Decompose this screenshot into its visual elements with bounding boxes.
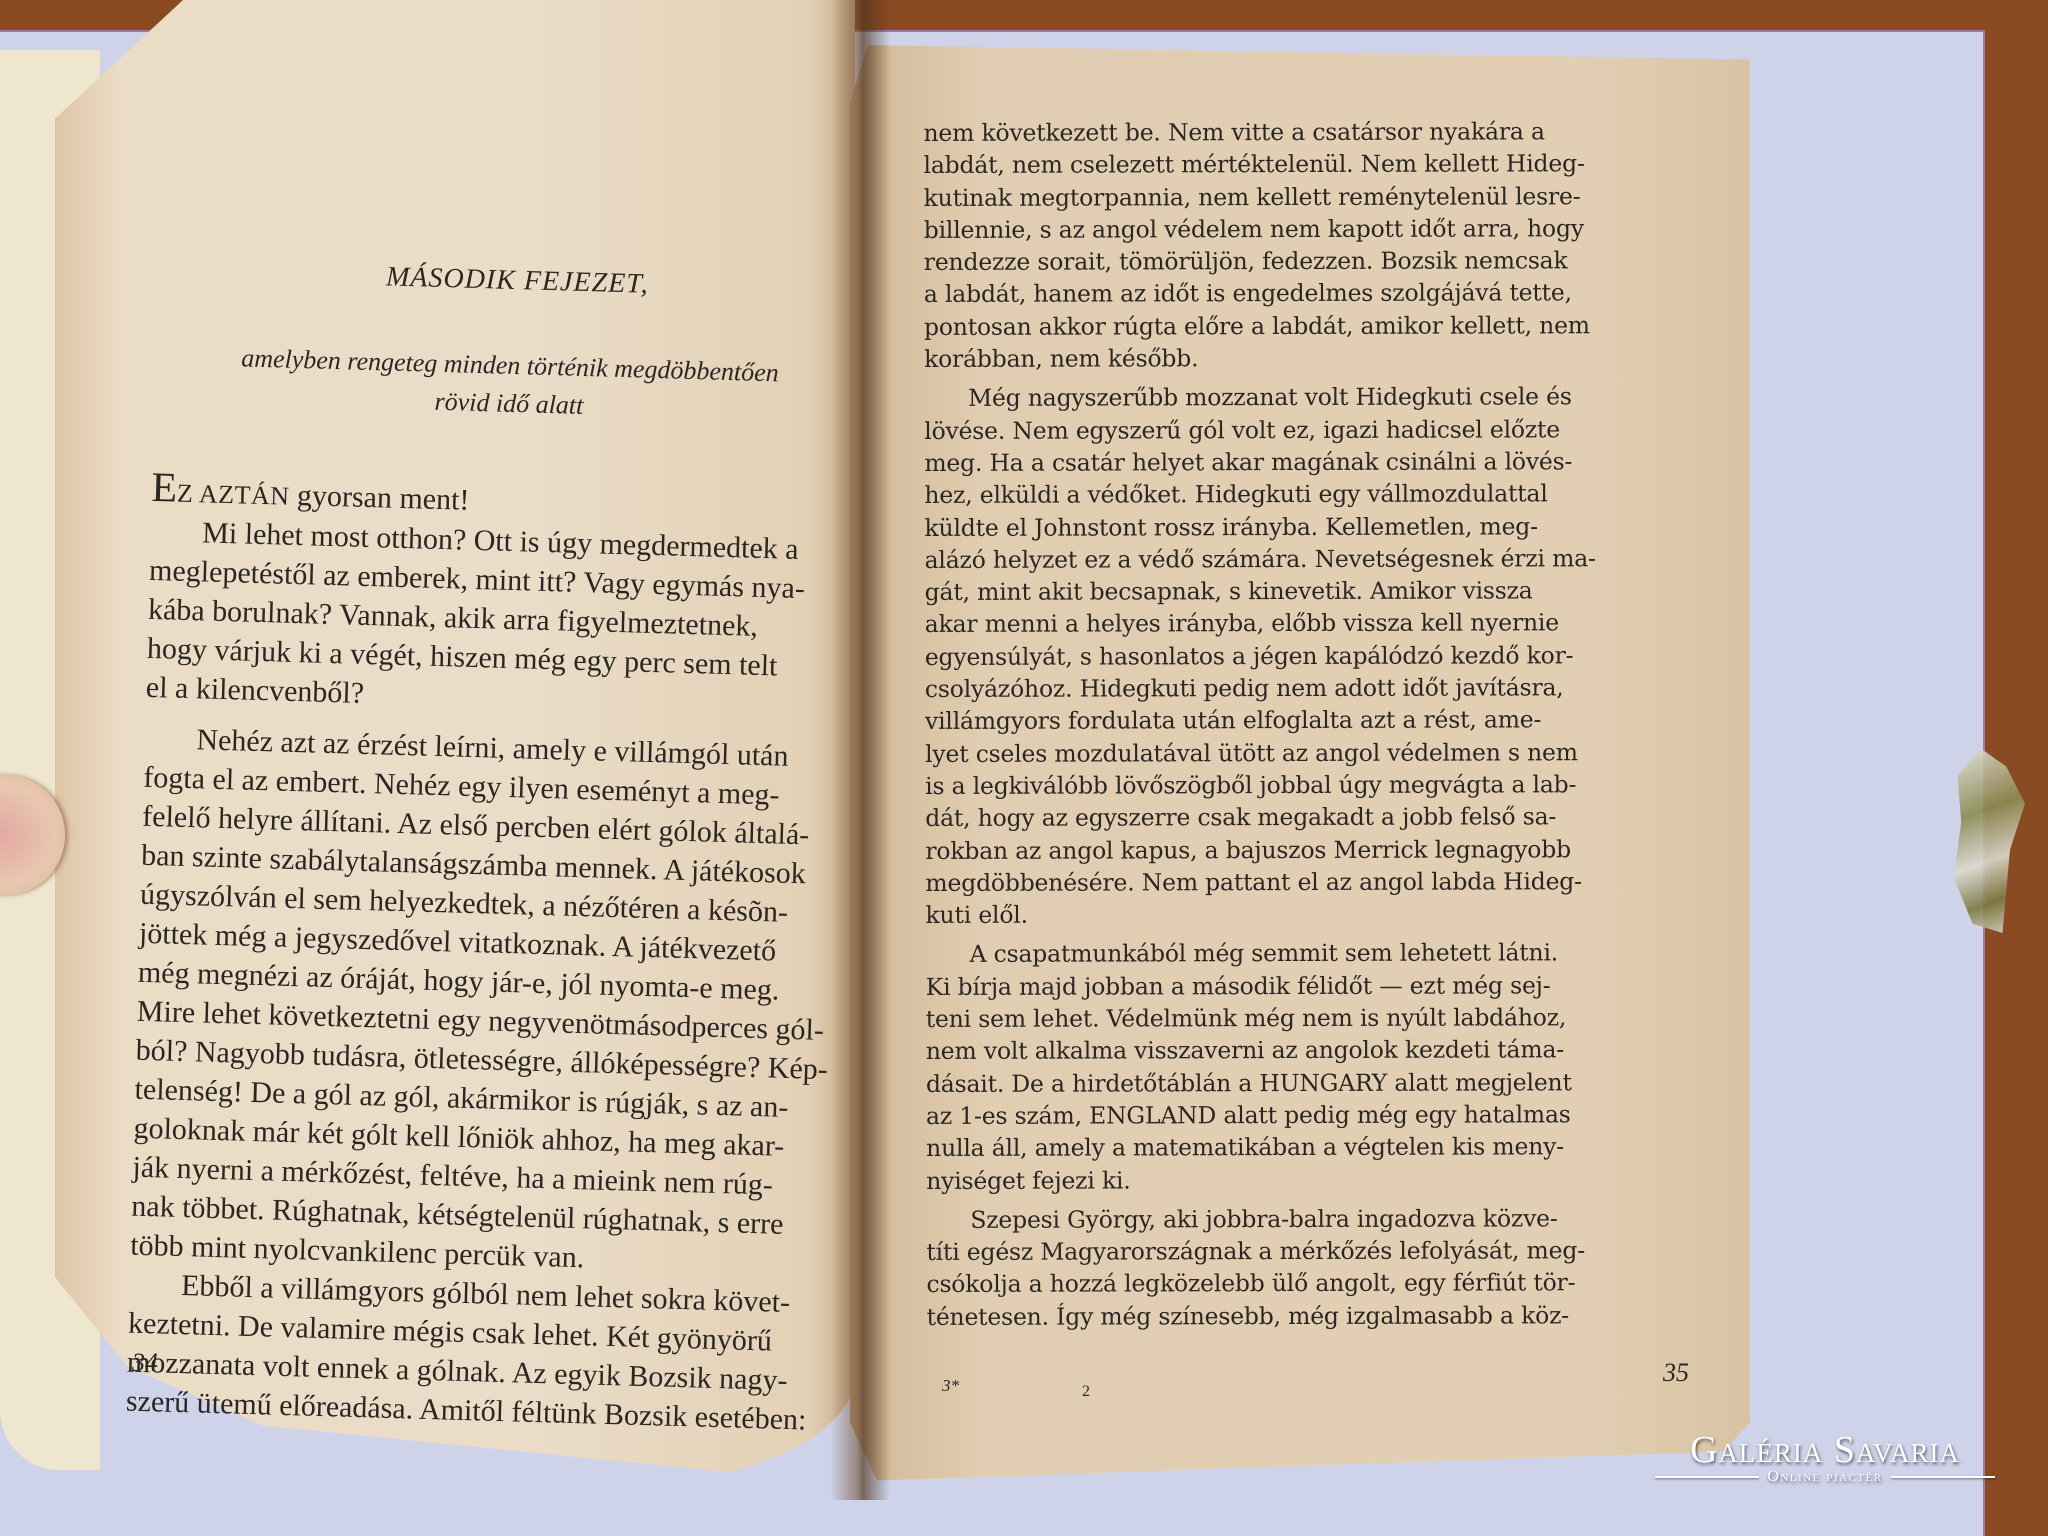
- page-number-right: 35: [1663, 1358, 1689, 1388]
- text-line: teni sem lehet. Védelmünk még nem is nyú…: [926, 1001, 1661, 1035]
- text-line: nem volt alkalma visszaverni az angolok …: [926, 1033, 1661, 1067]
- text-line: kutinak megtorpannia, nem kellett remény…: [924, 180, 1659, 214]
- text-line: egyensúlyát, s hasonlatos a jégen kapáló…: [925, 639, 1660, 673]
- text-line: csókolja a hozzá legközelebb ülő angolt,…: [926, 1266, 1661, 1300]
- right-page-text: nem következett be. Nem vitte a csatárso…: [923, 115, 1661, 1333]
- text-line: gát, mint akit becsapnak, s kinevetik. A…: [925, 574, 1660, 608]
- watermark-title: Galéria Savaria: [1655, 1430, 1995, 1470]
- opening-smallcaps: Z AZTÁN: [177, 479, 290, 511]
- paragraph: nem következett be. Nem vitte a csatárso…: [923, 115, 1659, 375]
- watermark-rule: [1655, 1476, 1759, 1478]
- text-line: alázó helyzet ez a védő számára. Nevetsé…: [925, 542, 1660, 576]
- text-line: megdöbbenésére. Nem pattant el az angol …: [925, 865, 1660, 899]
- paragraph: Nehéz azt az érzést leírni, amely e vill…: [130, 719, 835, 1284]
- paragraph: Ebből a villámgyors gólból nem lehet sok…: [125, 1265, 819, 1440]
- text-line: csolyázóhoz. Hidegkuti pedig nem adott i…: [925, 671, 1660, 705]
- text-line: nem következett be. Nem vitte a csatárso…: [923, 115, 1658, 149]
- text-line: küldte el Johnstont rossz irányba. Kelle…: [924, 510, 1659, 544]
- text-line: villámgyors fordulata után elfoglalta az…: [925, 703, 1660, 737]
- watermark-rule: [1891, 1476, 1995, 1478]
- text-line: a labdát, hanem az időt is engedelmes sz…: [924, 277, 1659, 311]
- watermark-logo: Galéria Savaria Online piactér: [1655, 1430, 1995, 1486]
- text-line: rokban az angol kapus, a bajuszos Merric…: [925, 833, 1660, 867]
- text-line: billennie, s az angol védelem nem kapott…: [924, 212, 1659, 246]
- text-line: dát, hogy az egyszerre csak megakadt a j…: [925, 800, 1660, 834]
- text-line: nyiséget fejezi ki.: [926, 1163, 1661, 1197]
- left-page-text: MÁSODIK FEJEZET, amelyben rengeteg minde…: [125, 255, 847, 1440]
- text-line: pontosan akkor rúgta előre a labdát, ami…: [924, 309, 1659, 343]
- text-line: akar menni a helyes irányba, előbb vissz…: [925, 606, 1660, 640]
- text-line: az 1-es szám, ENGLAND alatt pedig még eg…: [926, 1098, 1661, 1132]
- text-line: meg. Ha a csatár helyet akar magának csi…: [924, 445, 1659, 479]
- text-line: A csapatmunkából még semmit sem lehetett…: [926, 936, 1661, 970]
- book-gutter: [830, 0, 890, 1500]
- text-line: lyet cseles mozdulatával ütött az angol …: [925, 736, 1660, 770]
- text-line: ténetesen. Így még színesebb, még izgalm…: [927, 1299, 1662, 1333]
- text-line: Szepesi György, aki jobbra-balra ingadoz…: [926, 1202, 1661, 1236]
- paragraph: Szepesi György, aki jobbra-balra ingadoz…: [926, 1202, 1661, 1333]
- text-line: lövése. Nem egyszerű gól volt ez, igazi …: [924, 413, 1659, 447]
- text-line: korábban, nem később.: [924, 341, 1659, 375]
- text-line: Még nagyszerűbb mozzanat volt Hidegkuti …: [924, 380, 1659, 414]
- text-line: hez, elküldi a védőket. Hidegkuti egy vá…: [924, 477, 1659, 511]
- printer-signature-number: 2: [1082, 1383, 1090, 1401]
- drop-cap: E: [151, 465, 178, 512]
- paragraph: Még nagyszerűbb mozzanat volt Hidegkuti …: [924, 380, 1660, 931]
- watermark-subtitle: Online piactér: [1767, 1468, 1882, 1486]
- text-line: títi egész Magyarországnak a mérkőzés le…: [926, 1234, 1661, 1268]
- text-line: labdát, nem cselezett mértéktelenül. Nem…: [923, 147, 1658, 181]
- text-line: nulla áll, amely a matematikában a végte…: [926, 1130, 1661, 1164]
- text-line: Ki bírja majd jobban a második félidőt —…: [926, 969, 1661, 1003]
- paragraph: A csapatmunkából még semmit sem lehetett…: [926, 936, 1662, 1196]
- page-number-left: 34: [132, 1348, 158, 1378]
- text-line: is a legkiválóbb lövőszögből jobbal úgy …: [925, 768, 1660, 802]
- opening-rest: gyorsan ment!: [289, 479, 470, 517]
- chapter-subtitle: amelyben rengeteg minden történik megdöb…: [174, 338, 846, 433]
- text-line: rendezze sorait, tömörüljön, fedezzen. B…: [924, 244, 1659, 278]
- paragraph: Mi lehet most otthon? Ott is úgy megderm…: [145, 512, 840, 726]
- text-line: kuti elől.: [925, 897, 1660, 931]
- printer-signature-mark: 3*: [942, 1376, 959, 1396]
- text-line: dásait. De a hirdetőtáblán a HUNGARY ala…: [926, 1066, 1661, 1100]
